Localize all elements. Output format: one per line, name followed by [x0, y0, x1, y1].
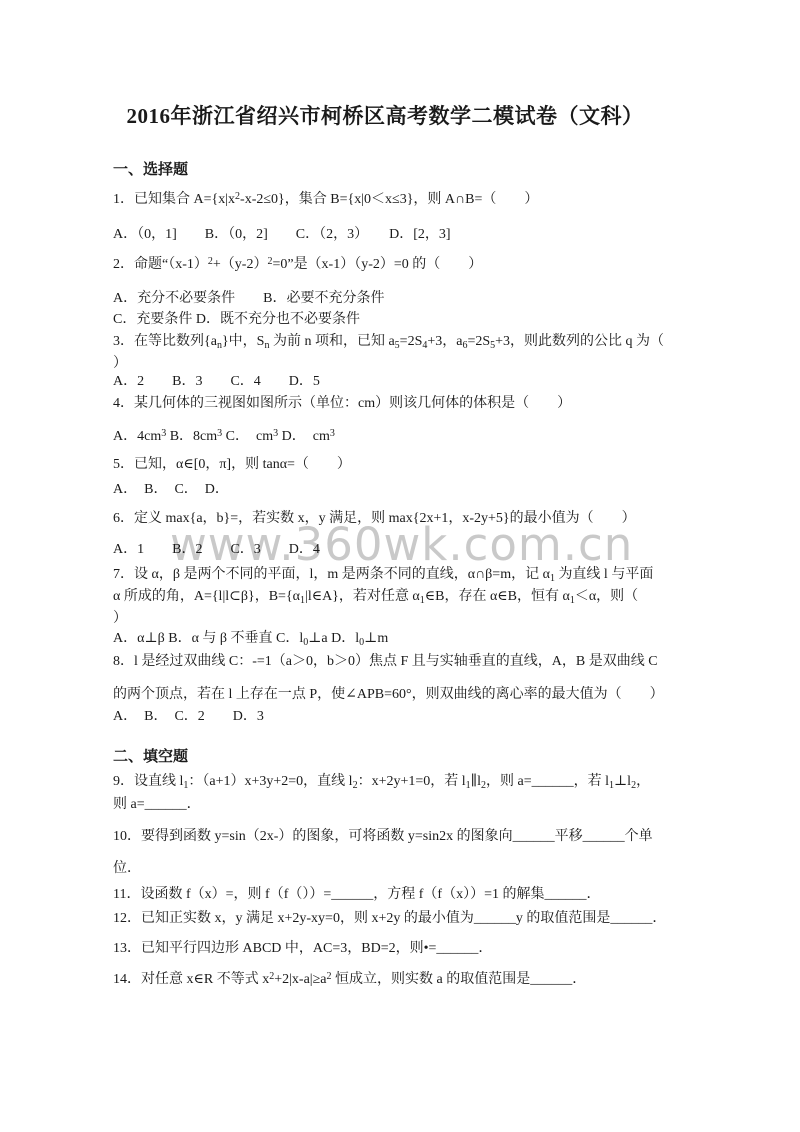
question-line: A．2 B．3 C．4 D．5	[113, 371, 320, 392]
question-line: 6．定义 max{a，b}=，若实数 x，y 满足，则 max{2x+1，x-2…	[113, 508, 636, 529]
section-heading: 二、填空题	[113, 747, 188, 768]
question-line: 7．设 α，β 是两个不同的平面，l，m 是两条不同的直线，α∩β=m，记 α1…	[113, 564, 653, 585]
question-line: C．充要条件 D．既不充分也不必要条件	[113, 309, 360, 330]
question-line: A．α⊥β B．α 与 β 不垂直 C．l0⊥a D．l0⊥m	[113, 628, 388, 649]
question-line: 1．已知集合 A={x|x2-x-2≤0}，集合 B={x|0＜x≤3}，则 A…	[113, 189, 538, 210]
exam-document-page: www.360wk.com.cn 2016年浙江省绍兴市柯桥区高考数学二模试卷（…	[0, 0, 800, 1132]
question-line: 4．某几何体的三视图如图所示（单位：cm）则该几何体的体积是（ ）	[113, 393, 571, 414]
question-line: A．（0，1] B．（0，2] C．（2，3） D．[2，3]	[113, 224, 451, 245]
question-line: 位．	[113, 858, 141, 879]
question-line: A． B． C．2 D．3	[113, 706, 264, 727]
question-line: A． B． C． D．	[113, 479, 229, 500]
question-line: 3．在等比数列{an}中，Sn 为前 n 项和，已知 a5=2S4+3，a6=2…	[113, 331, 664, 352]
question-line: 13．已知平行四边形 ABCD 中，AC=3，BD=2，则•=______．	[113, 938, 492, 959]
question-line: 11．设函数 f（x）=，则 f（f（））=______，方程 f（f（x））=…	[113, 884, 600, 905]
question-line: ）	[113, 608, 127, 629]
question-line: 10．要得到函数 y=sin（2x-）的图象，可将函数 y=sin2x 的图象向…	[113, 826, 653, 847]
question-line: 14．对任意 x∈R 不等式 x2+2|x-a|≥a2 恒成立，则实数 a 的取…	[113, 969, 586, 990]
question-line: A．充分不必要条件 B．必要不充分条件	[113, 288, 384, 309]
question-line: 9．设直线 l1：（a+1）x+3y+2=0，直线 l2：x+2y+1=0，若 …	[113, 771, 650, 792]
page-title: 2016年浙江省绍兴市柯桥区高考数学二模试卷（文科）	[0, 100, 770, 130]
question-line: 12．已知正实数 x，y 满足 x+2y-xy=0，则 x+2y 的最小值为__…	[113, 908, 666, 929]
question-line: 则 a=______．	[113, 794, 201, 815]
question-line: α 所成的角，A={l|l⊂β}，B={α1|l∈A}，若对任意 α1∈B，存在…	[113, 586, 638, 607]
question-line: 的两个顶点，若在 l 上存在一点 P，使∠APB=60°，则双曲线的离心率的最大…	[113, 684, 664, 705]
question-line: 8．l 是经过双曲线 C：-=1（a＞0，b＞0）焦点 F 且与实轴垂直的直线，…	[113, 651, 658, 672]
question-line: A．1 B．2 C．3 D．4	[113, 539, 320, 560]
question-line: 2．命题“（x-1）2+（y-2）2=0”是（x-1）（y-2）=0 的（ ）	[113, 254, 482, 275]
question-line: A．4cm3 B．8cm3 C． cm3 D． cm3	[113, 426, 335, 447]
question-line: 5．已知，α∈[0，π]，则 tanα=（ ）	[113, 454, 351, 475]
section-heading: 一、选择题	[113, 160, 188, 181]
